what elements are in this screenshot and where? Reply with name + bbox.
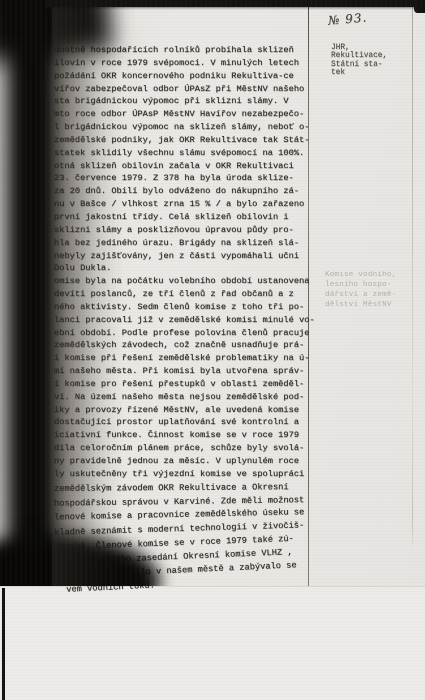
body-line: první jakostní třídy. Celá sklizeň obilo…	[54, 211, 316, 224]
body-line: hla bez jediného úrazu. Brigády na skliz…	[54, 237, 316, 250]
body-line: statek sklidily všechnu slámu svépomocí …	[54, 147, 316, 160]
scan-left-edge-line	[2, 588, 5, 700]
margin-note-line: dělství MěstNV	[325, 300, 396, 310]
body-line: 23. července 1979. Z 378 ha byla úroda s…	[54, 172, 316, 185]
body-line: ví. Na území našeho města nejsou zeměděl…	[54, 391, 316, 404]
scanned-page: dnotně hospodařících rolníků probíhala s…	[0, 0, 425, 700]
scanner-background	[0, 586, 425, 700]
body-line: zemědělských závodech, což značně usnadň…	[54, 339, 316, 352]
margin-note-archival: JHR,Rekultivace,Státní sta-tek	[331, 44, 387, 77]
next-page-edge-line	[412, 7, 413, 547]
margin-note-line: dářství a země-	[325, 290, 396, 300]
body-line: omise byla na počátku volebního období u…	[54, 275, 316, 288]
body-line: l brigádnickou výpomoc na sklizeň slámy,…	[54, 121, 316, 134]
body-line: sta brigádnickou výpomoc při sklizni slá…	[54, 95, 316, 108]
body-line: iky a provozy řízené MěstNV, ale uvedená…	[54, 404, 316, 417]
body-line: ly uskutečněny tři výjezdní komise ve sp…	[54, 468, 316, 481]
margin-note-line: Státní sta-	[331, 61, 387, 69]
body-line: požádání OKR koncernového podniku Rekult…	[54, 70, 316, 83]
scan-top-corner	[414, 0, 425, 13]
body-line: vířov zabezpečoval odbor ÚPAsZ při MěstN…	[54, 83, 316, 96]
scan-top-edge	[46, 0, 425, 7]
body-line: dila celoročním plánem práce, schůze byl…	[54, 442, 316, 455]
body-line: otná sklizeň obilovin začala v OKR Rekul…	[54, 160, 316, 173]
body-line: zemědělské podniky, jak OKR Rekultivace …	[54, 134, 316, 147]
body-line: devíti poslanců, ze tří členů z řad obča…	[54, 288, 316, 301]
body-line: za 20 dnů. Obilí bylo odváženo do nákupn…	[54, 185, 316, 198]
margin-note-line: Rekultivace,	[331, 52, 387, 60]
margin-note-line: tek	[331, 69, 387, 77]
margin-note-line: lesního hospo-	[325, 280, 396, 290]
body-line: mto roce odbor ÚPAsP MěstNV Havířov neza…	[54, 108, 316, 121]
body-line: Dolu Dukla.	[54, 262, 316, 275]
body-line: i komise při řešení zemědělské problemat…	[54, 352, 316, 365]
handwritten-page-number: № 93.	[327, 10, 367, 27]
margin-note-commission: Komise vodního,lesního hospo-dářství a z…	[325, 270, 396, 310]
body-line: í komise pro řešení přestupků v oblasti …	[54, 378, 316, 391]
body-line: mí našeho města. Při komisi byla utvořen…	[54, 365, 316, 378]
body-line: iciativní funkce. Činnost komise se v ro…	[54, 429, 316, 442]
gutter-shadow-band	[10, 0, 56, 586]
body-line: ného aktivisty. Sedm členů komise z toho…	[54, 301, 316, 314]
body-line: nu v Bašce / vlhkost zrna 15 % / a bylo …	[54, 198, 316, 211]
body-line: ilovin v roce 1979 svépomoci. V minulých…	[54, 57, 316, 70]
body-line: lanci pracovali již v zemědělské komisi …	[54, 314, 316, 327]
body-line: ební období. Podle profese polovina člen…	[54, 327, 316, 340]
typewritten-text-block: dnotně hospodařících rolníků probíhala s…	[54, 44, 316, 583]
body-line: sklizni slámy a posklizňovou úpravou půd…	[54, 224, 316, 237]
body-line: zemědělským závodem OKR Rekultivace a Ok…	[54, 481, 316, 496]
margin-note-line: Komise vodního,	[325, 270, 396, 280]
body-line: dnotně hospodařících rolníků probíhala s…	[54, 44, 316, 57]
body-line: nebyly zajišťovány, jen z části vypomáha…	[54, 250, 316, 263]
body-line: ny pravidelně jednou za měsíc. V uplynul…	[54, 455, 316, 468]
body-line: dostačující prostor uplatňování své kont…	[54, 416, 316, 429]
